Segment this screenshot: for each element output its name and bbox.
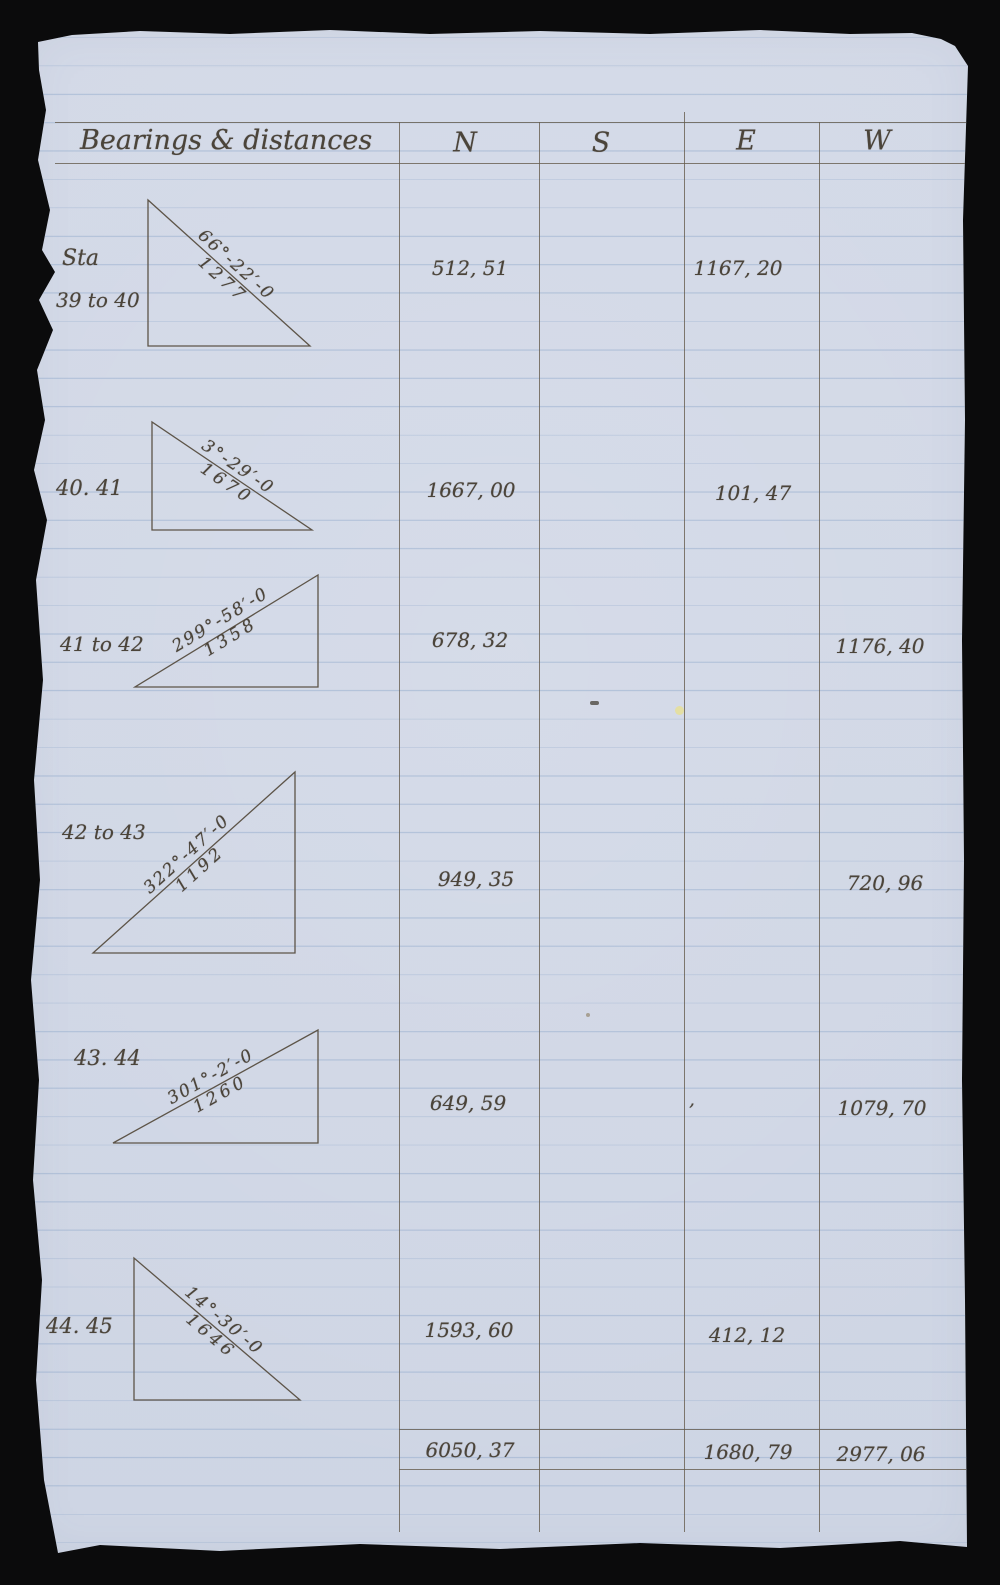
row-1-north-value: 512, 51 xyxy=(432,256,508,280)
ruled-lines xyxy=(0,0,1000,1585)
column-line-s xyxy=(539,122,540,1532)
column-header-e: E xyxy=(736,126,756,157)
totals-top-line xyxy=(399,1429,966,1430)
header-bottom-line xyxy=(55,163,966,164)
row-2-east-value: 101, 47 xyxy=(715,481,791,505)
ledger-paper-sheet: Bearings & distances N S E W Sta 39 to 4… xyxy=(0,0,1000,1585)
row-5-west-value: 1079, 70 xyxy=(837,1096,926,1120)
row-6-north-value: 1593, 60 xyxy=(424,1318,513,1342)
column-line-e xyxy=(684,112,685,1532)
row-1-station-label: Sta xyxy=(62,246,99,271)
scan-background: Bearings & distances N S E W Sta 39 to 4… xyxy=(0,0,1000,1585)
total-north-value: 6050, 37 xyxy=(425,1438,514,1462)
row-4-west-value: 720, 96 xyxy=(847,871,923,895)
column-header-n: N xyxy=(453,128,477,159)
row-3-station-label: 41 to 42 xyxy=(60,632,144,656)
row-5-stray-mark: , xyxy=(689,1090,695,1111)
row-3-west-value: 1176, 40 xyxy=(835,634,924,658)
row-5-station-label: 43. 44 xyxy=(74,1046,141,1070)
column-line-n xyxy=(399,122,400,1532)
row-2-station-label: 40. 41 xyxy=(56,476,123,500)
totals-bottom-line xyxy=(399,1469,966,1470)
row-4-station-label: 42 to 43 xyxy=(62,820,146,844)
row-1-east-value: 1167, 20 xyxy=(693,256,782,280)
row-3-north-value: 678, 32 xyxy=(432,628,508,652)
row-6-east-value: 412, 12 xyxy=(709,1323,785,1347)
paper-yellow-speck xyxy=(675,706,684,715)
page-title: Bearings & distances xyxy=(80,125,372,156)
header-top-line xyxy=(55,122,966,123)
paper-small-speck xyxy=(586,1013,590,1017)
row-4-north-value: 949, 35 xyxy=(438,867,514,891)
column-header-s: S xyxy=(592,128,611,159)
column-line-w xyxy=(819,122,820,1532)
row-5-north-value: 649, 59 xyxy=(430,1091,506,1115)
paper-dark-speck xyxy=(590,701,599,705)
column-header-w: W xyxy=(863,126,891,157)
total-east-value: 1680, 79 xyxy=(703,1440,792,1464)
total-west-value: 2977, 06 xyxy=(836,1442,925,1466)
row-6-station-label: 44. 45 xyxy=(46,1314,113,1338)
row-1-station-numbers: 39 to 40 xyxy=(56,288,140,312)
row-2-north-value: 1667, 00 xyxy=(426,478,515,502)
